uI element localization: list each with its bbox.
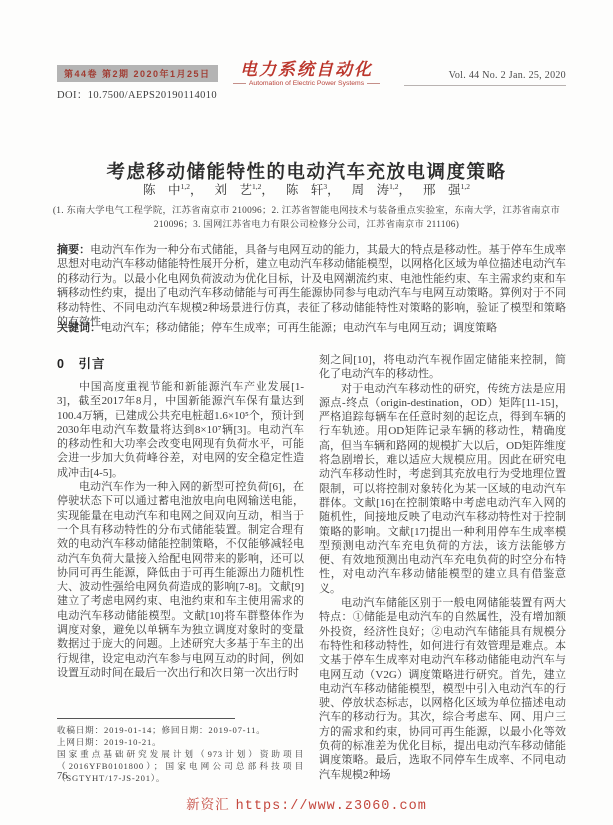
author-affil-sup: 1,2 [461,182,470,191]
journal-logo: 电力系统自动化 Automation of Electric Power Sys… [212,61,402,87]
author: 陈 轩3， [286,183,340,197]
author-separator: ， [327,183,340,197]
abstract: 摘要：电动汽车作为一种分布式储能，具备与电网互动的能力，其最大的特点是移动性。基… [57,243,566,329]
author-name: 周 涛 [352,183,390,197]
footnote-line: 上网日期：2019-10-21。 [57,736,304,748]
decorative-line-left [233,83,246,84]
body-paragraph: 电动汽车储能区别于一般电网储能装置有两大特点：①储能是电动汽车的自然属性，没有增… [319,596,566,782]
author-affil-sup: 1,2 [389,182,398,191]
footnote-line: 国家重点基础研究发展计划（973计划）资助项目（2016YFB0101800）；… [57,748,304,784]
author-separator: ， [399,183,412,197]
author-separator: ， [261,183,274,197]
keywords-label: 关键词： [57,322,101,334]
affiliations: (1. 东南大学电气工程学院，江苏省南京市 210096；2. 江苏省智能电网技… [0,205,613,232]
paper-page: 第44卷 第2期 2020年1月25日 DOI：10.7500/AEPS2019… [0,0,613,825]
author: 邢 强1,2 [423,183,470,197]
affiliation-line: 210096；3. 国网江苏省电力有限公司检修分公司，江苏省南京市 211106… [0,219,613,233]
footnote-line: 收稿日期：2019-01-14；修回日期：2019-07-11。 [57,724,304,736]
author-name: 陈 中 [143,183,181,197]
author-affil-sup: 1,2 [252,182,261,191]
author-name: 邢 强 [423,183,461,197]
watermark: 新资汇https://www.z3060.com [0,793,613,814]
abstract-text: 电动汽车作为一种分布式储能，具备与电网互动的能力，其最大的特点是移动性。基于停车… [57,244,566,328]
body-paragraph: 对于电动汽车移动性的研究，传统方法是应用源点-终点（origin-destina… [319,382,566,596]
author-affil-sup: 1,2 [181,182,190,191]
abstract-label: 摘要： [57,244,90,256]
journal-name-en-row: Automation of Electric Power Systems [212,80,402,87]
author-name: 刘 艺 [214,183,252,197]
right-column: 刻之间[10]，将电动汽车视作固定储能来控制，简化了电动汽车的移动性。 对于电动… [319,352,566,784]
decorative-line-right [367,83,380,84]
journal-name-cn: 电力系统自动化 [212,61,402,79]
watermark-site-name: 新资汇 [186,797,230,812]
body-paragraph: 刻之间[10]，将电动汽车视作固定储能来控制，简化了电动汽车的移动性。 [319,353,566,382]
author: 周 涛1,2， [352,183,411,197]
author-separator: ， [190,183,203,197]
watermark-url: https://www.z3060.com [236,799,427,814]
doi-text: DOI：10.7500/AEPS20190114010 [57,87,217,102]
keywords: 关键词：电动汽车；移动储能；停车生成率；可再生能源；电动汽车与电网互动；调度策略 [57,321,566,335]
page-number: 76 [57,771,68,782]
keywords-text: 电动汽车；移动储能；停车生成率；可再生能源；电动汽车与电网互动；调度策略 [101,322,497,334]
affiliation-line: (1. 东南大学电气工程学院，江苏省南京市 210096；2. 江苏省智能电网技… [0,205,613,219]
author-name: 陈 轩 [286,183,324,197]
author: 陈 中1,2， [143,183,202,197]
footnote-block: 收稿日期：2019-01-14；修回日期：2019-07-11。 上网日期：20… [57,718,304,784]
author-list: 陈 中1,2，刘 艺1,2，陈 轩3，周 涛1,2，邢 强1,2 [0,180,613,198]
header-rule [404,85,566,86]
left-column: 0 引言 中国高度重视节能和新能源汽车产业发展[1-3]，截至2017年8月，中… [57,352,304,784]
journal-name-en: Automation of Electric Power Systems [246,80,367,87]
body-columns: 0 引言 中国高度重视节能和新能源汽车产业发展[1-3]，截至2017年8月，中… [57,352,566,784]
section-heading: 0 引言 [57,354,304,372]
footnote-divider [57,718,235,719]
issue-badge: 第44卷 第2期 2020年1月25日 [57,65,218,82]
volume-info-en: Vol. 44 No. 2 Jan. 25, 2020 [449,70,566,81]
body-paragraph: 中国高度重视节能和新能源汽车产业发展[1-3]，截至2017年8月，中国新能源汽… [57,380,304,480]
author: 刘 艺1,2， [214,183,273,197]
body-paragraph: 电动汽车作为一种入网的新型可控负荷[6]，在停驶状态下可以通过蓄电池放电向电网输… [57,480,304,680]
